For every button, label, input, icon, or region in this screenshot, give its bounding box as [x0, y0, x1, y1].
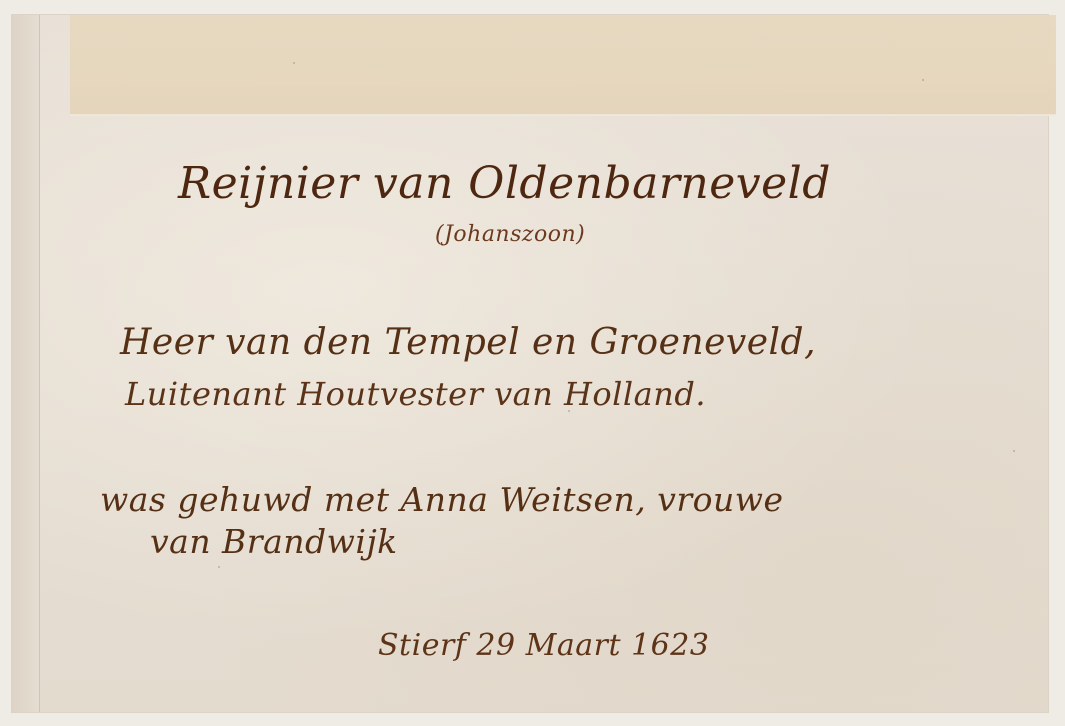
marriage-line-2: van Brandwijk — [150, 522, 398, 561]
patronym: (Johanszoon) — [435, 222, 585, 247]
title-line-1: Heer van den Tempel en Groeneveld, — [120, 322, 816, 363]
death-date-line: Stierf 29 Maart 1623 — [378, 628, 709, 663]
marriage-line-1: was gehuwd met Anna Weitsen, vrouwe — [100, 480, 784, 519]
handwritten-text: Reijnier van Oldenbarneveld (Johanszoon)… — [0, 0, 1065, 726]
subject-name: Reijnier van Oldenbarneveld — [178, 158, 831, 209]
title-line-2: Luitenant Houtvester van Holland. — [125, 375, 706, 413]
mount-board: Reijnier van Oldenbarneveld (Johanszoon)… — [0, 0, 1065, 726]
